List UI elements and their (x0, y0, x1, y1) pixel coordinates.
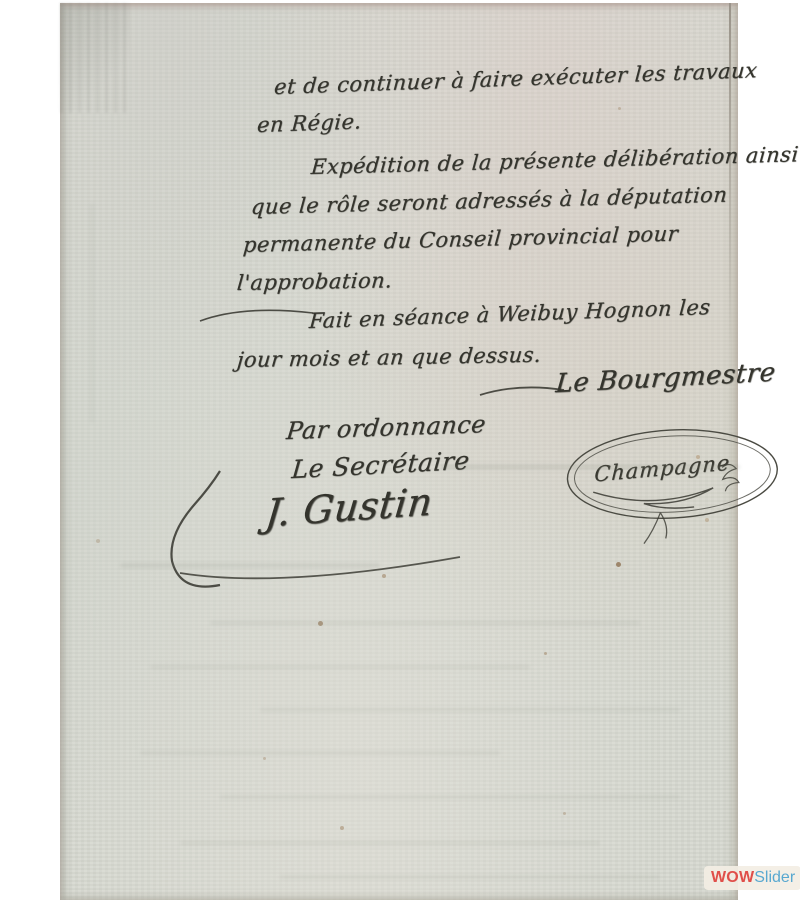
foxing-spot (318, 621, 323, 626)
handwritten-line-8: jour mois et an que dessus. (236, 343, 542, 372)
handwritten-line-1: et de continuer à faire exécuter les tra… (273, 58, 758, 99)
bleed-through-mark (120, 563, 380, 568)
foxing-spot (96, 539, 100, 543)
oval-stamp: Champagne (560, 420, 786, 551)
bleed-through-mark (90, 203, 94, 423)
ordonnance-line: Par ordonnance (285, 410, 487, 445)
foxing-spot (705, 518, 709, 522)
document-photo: et de continuer à faire exécuter les tra… (60, 3, 738, 900)
foxing-spot (563, 812, 566, 815)
bleed-through-mark (150, 665, 530, 669)
foxing-spot (696, 455, 700, 459)
wowslider-watermark[interactable]: WOWSlider (704, 866, 800, 890)
watermark-wow-text: WOW (711, 868, 754, 888)
foxing-spot (618, 107, 621, 110)
bleed-through-mark (440, 465, 740, 469)
bleed-through-mark (280, 875, 660, 879)
handwritten-line-2: en Régie. (256, 109, 362, 137)
corner-smudge (60, 3, 130, 113)
bleed-through-mark (260, 708, 680, 712)
foxing-spot (544, 652, 547, 655)
foxing-spot (616, 562, 621, 567)
bleed-through-mark (210, 621, 640, 625)
handwritten-line-6: l'approbation. (236, 268, 394, 295)
handwritten-line-5: permanente du Conseil provincial pour (242, 222, 679, 257)
foxing-spot (382, 574, 386, 578)
handwritten-line-4: que le rôle seront adressés à la députat… (250, 183, 728, 220)
handwritten-line-3: Expédition de la présente délibération a… (310, 142, 800, 179)
bourgmestre-signature: Le Bourgmestre (554, 357, 776, 399)
foxing-spot (263, 757, 266, 760)
bleed-through-mark (140, 751, 500, 755)
bleed-through-mark (220, 795, 680, 799)
foxing-spot (340, 826, 344, 830)
handwritten-line-7: Fait en séance à Weibuy Hognon les (308, 295, 711, 333)
paper-edge-line (729, 3, 731, 351)
bleed-through-mark (180, 841, 600, 845)
signature-flourish (160, 465, 480, 595)
flourish-stroke (198, 303, 318, 327)
watermark-slider-text: Slider (754, 868, 795, 888)
